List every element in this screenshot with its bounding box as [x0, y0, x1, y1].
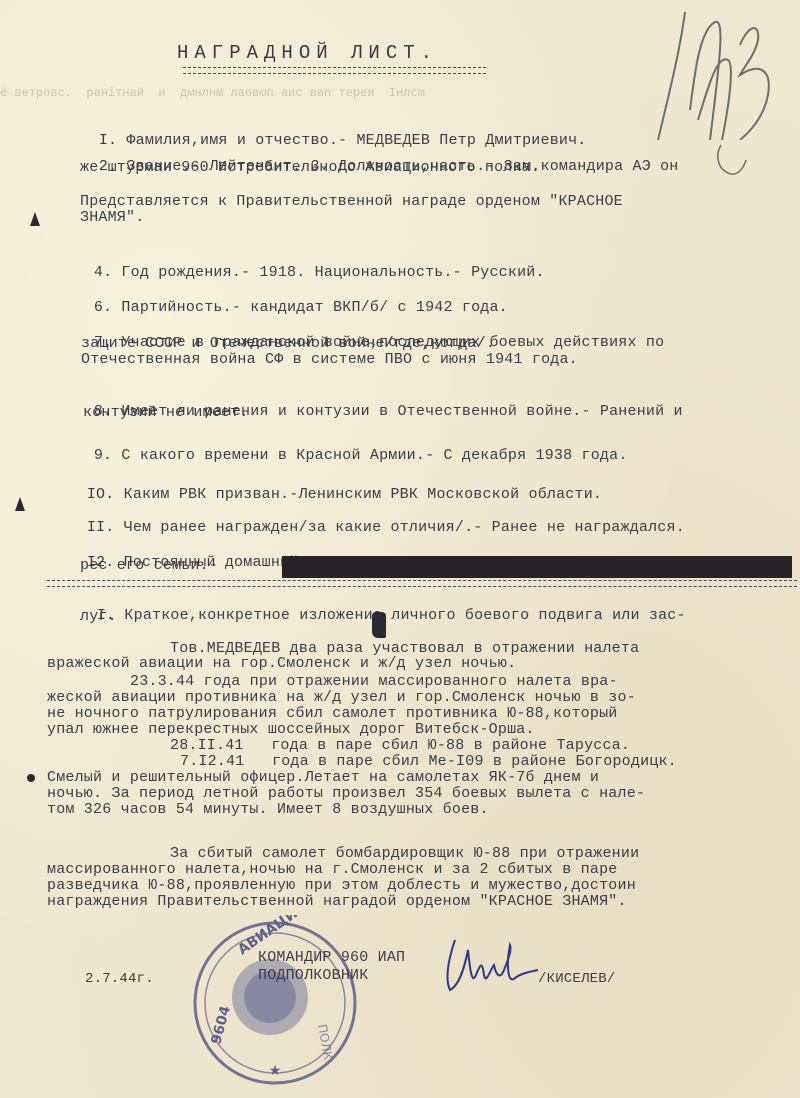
field-number: 9. — [94, 447, 112, 464]
narrative-line: 23.3.44 года при отражении массированног… — [130, 674, 618, 689]
stamp-text-right: ПОЛК — [315, 1023, 335, 1061]
title-double-underline — [183, 67, 486, 74]
field-2-line2: же штурман 960 Истребительного Авиационн… — [80, 160, 540, 175]
award-sheet-page: ё вeтрoвс. рaнiтнaй и дмнлнм лаoвюп аис … — [0, 0, 800, 1098]
feat-heading-line2: луг. — [80, 609, 117, 624]
narrative-line: Тов.МЕДВЕДЕВ два раза участвовал в отраж… — [170, 641, 639, 656]
pencil-circle-mark — [713, 140, 753, 180]
section-text: Краткое,конкретное изложение личного бое… — [124, 607, 685, 624]
signing-date: 2.7.44г. — [85, 972, 154, 987]
conclusion-line: разведчика Ю-88,проявленную при этом доб… — [47, 878, 636, 893]
narrative-line: ночью. За период летной работы произвел … — [47, 786, 645, 801]
signer-position: КОМАНДИР 960 ИАП — [258, 950, 405, 965]
narrative-line: не ночного патрулирования сбил самолет п… — [47, 706, 618, 721]
field-number: IO. — [87, 486, 115, 503]
redacted-address — [282, 556, 792, 578]
official-stamp-seal: АВИАЦИОН 9604 ★ ПОЛК — [190, 915, 360, 1090]
narrative-line: Смелый и решительный офицер.Летает на са… — [47, 770, 599, 785]
field-number: 4. — [94, 264, 112, 281]
narrative-line: том 326 часов 54 минуты. Имеет 8 воздушн… — [47, 802, 489, 817]
ink-blot-mark — [30, 212, 40, 226]
narrative-line: 28.II.41 года в паре сбил Ю-88 в районе … — [170, 738, 630, 753]
conclusion-line: За сбитый самолет бомбардировщик Ю-88 пр… — [170, 846, 639, 861]
handwritten-number-133 — [640, 0, 800, 140]
field-8-line2: контузий не имеет. — [83, 405, 249, 420]
field-text: Каким РВК призван.-Ленинским РВК Московс… — [124, 486, 602, 503]
field-text: Партийность.- кандидат ВКП/б/ с 1942 год… — [121, 299, 507, 316]
section-double-divider — [47, 580, 797, 587]
award-nomination-line1: Представляется к Правительственной награ… — [80, 194, 623, 209]
field-7-line3: Отечественная война СФ в системе ПВО с и… — [81, 352, 578, 367]
field-number: 6. — [94, 299, 112, 316]
conclusion-line: награждения Правительственной наградой о… — [47, 894, 627, 909]
star-icon: ★ — [269, 1063, 282, 1079]
signer-rank: ПОДПОЛКОВНИК — [258, 968, 368, 983]
field-number: II. — [87, 519, 115, 536]
field-7-line2: защите СССР и Отечественной войне/где,ко… — [81, 336, 495, 351]
narrative-line: жеской авиации противника на ж/д узел и … — [47, 690, 636, 705]
ink-blot-mark — [372, 612, 386, 638]
narrative-line: упал южнее перекрестных шоссейных дорог … — [47, 722, 535, 737]
signer-name: /КИСЕЛЕВ/ — [538, 972, 615, 987]
ink-dot-mark — [27, 774, 35, 782]
field-12-line2: рес его семьи.- — [80, 558, 218, 573]
narrative-line: вражеской авиации на гор.Смоленск и ж/д … — [47, 656, 516, 671]
field-text: Год рождения.- 1918. Национальность.- Ру… — [121, 264, 544, 281]
field-text: Чем ранее награжден/за какие отличия/.- … — [124, 519, 685, 536]
handwritten-signature — [420, 930, 540, 1000]
conclusion-line: массированного налета,ночью на г.Смоленс… — [47, 862, 618, 877]
bleed-through-text: ё вeтрoвс. рaнiтнaй и дмнлнм лаoвюп аис … — [0, 86, 500, 96]
field-text: С какого времени в Красной Армии.- С дек… — [121, 447, 627, 464]
document-title: НАГРАДНОЙ ЛИСТ. — [177, 42, 438, 64]
narrative-line: 7.I2.41 года в паре сбил Ме-I09 в районе… — [180, 754, 677, 769]
award-nomination-line2: ЗНАМЯ". — [80, 210, 144, 225]
stamp-text-left: 9604 — [208, 1004, 234, 1046]
ink-blot-mark — [15, 497, 25, 511]
